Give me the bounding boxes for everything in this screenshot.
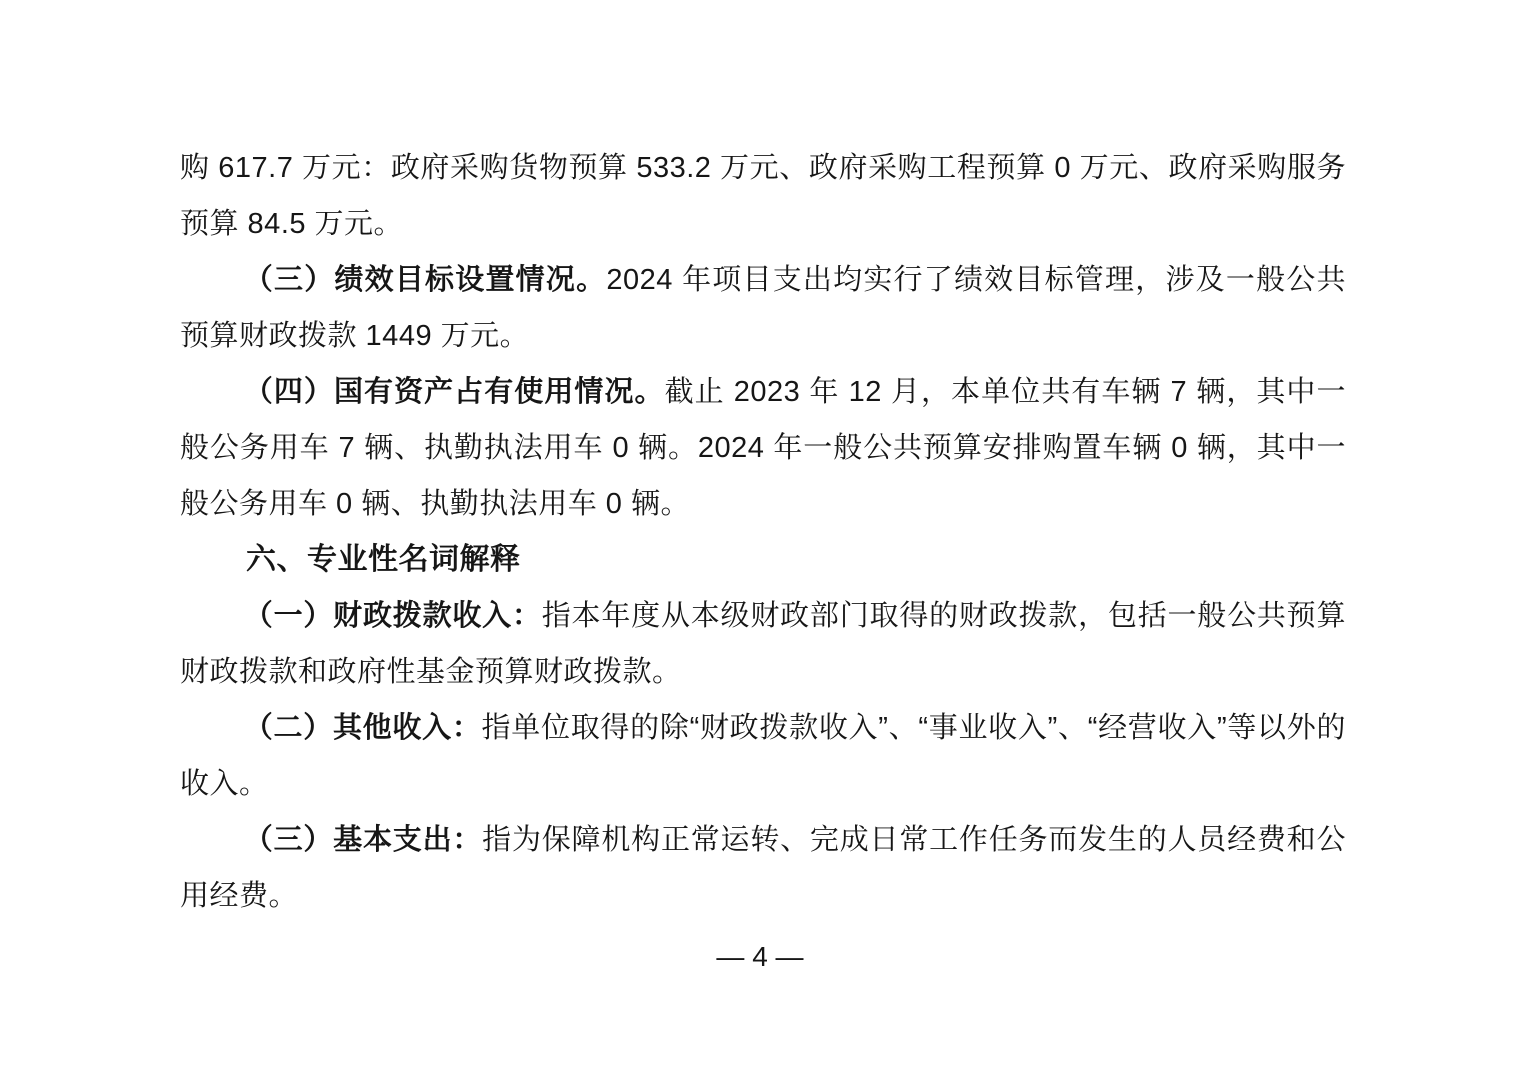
document-page: 购 617.7 万元：政府采购货物预算 533.2 万元、政府采购工程预算 0 … — [0, 0, 1520, 1074]
paragraph: （二）其他收入：指单位取得的除“财政拨款收入”、“事业收入”、“经营收入”等以外… — [180, 700, 1346, 812]
paragraph: （一）财政拨款收入：指本年度从本级财政部门取得的财政拨款，包括一般公共预算财政拨… — [180, 588, 1346, 700]
paragraph-label: （四）国有资产占有使用情况。 — [244, 376, 665, 408]
paragraph: （四）国有资产占有使用情况。截止 2023 年 12 月，本单位共有车辆 7 辆… — [180, 364, 1346, 532]
section-heading-text: 六、专业性名词解释 — [246, 543, 521, 576]
page-footer: — 4 — — [0, 929, 1520, 985]
paragraph: （三）基本支出：指为保障机构正常运转、完成日常工作任务而发生的人员经费和公用经费… — [180, 812, 1346, 924]
paragraph-label: （一）财政拨款收入： — [244, 600, 542, 632]
paragraph: （三）绩效目标设置情况。2024 年项目支出均实行了绩效目标管理，涉及一般公共预… — [180, 252, 1346, 364]
paragraph: 购 617.7 万元：政府采购货物预算 533.2 万元、政府采购工程预算 0 … — [180, 140, 1346, 252]
page-number: — 4 — — [716, 941, 803, 972]
paragraph-label: （三）基本支出： — [244, 824, 482, 856]
paragraph-label: （三）绩效目标设置情况。 — [244, 264, 607, 296]
document-text-block: 购 617.7 万元：政府采购货物预算 533.2 万元、政府采购工程预算 0 … — [180, 140, 1346, 924]
paragraph-text: 购 617.7 万元：政府采购货物预算 533.2 万元、政府采购工程预算 0 … — [180, 152, 1346, 240]
section-heading: 六、专业性名词解释 — [180, 532, 1346, 588]
paragraph-label: （二）其他收入： — [244, 712, 482, 744]
